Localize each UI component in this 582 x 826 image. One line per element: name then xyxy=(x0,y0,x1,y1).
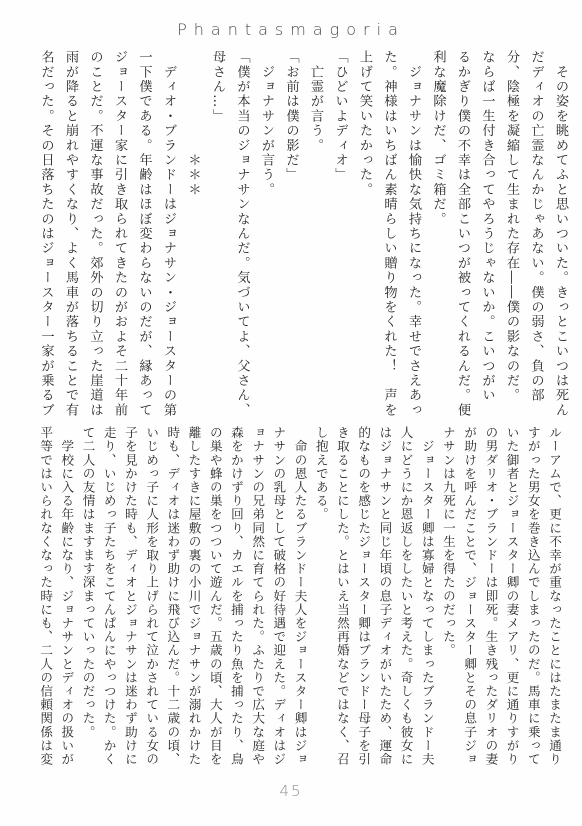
text-column: き取ることにした。とはいえ当然再婚などではなく、召 xyxy=(332,426,353,774)
text-column: 平等ではいられなくなった時にも、二人の信頼関係は変 xyxy=(35,426,56,774)
text-column: た。神様はいちばん素晴らしい贈り物をくれた！ 声を xyxy=(376,50,401,426)
text-column: 上げて笑いたかった。 xyxy=(352,50,377,426)
text-column: て二人の友情はますます深まっていったのだった。 xyxy=(77,426,98,774)
text-column: 利な魔除けだ、ゴミ箱だ。 xyxy=(425,50,450,426)
text-block-bottom: ルーアムで、更に不幸が重なったことにはたまたま通りすがった男女を巻き込んでしまっ… xyxy=(35,426,565,774)
text-column: ナサンは九死に一生を得たのだった。 xyxy=(438,426,459,774)
text-column: いた御者とジョースター卿の妻メアリ、更に通りすがり xyxy=(501,426,522,774)
text-column: だディオの亡霊なんかじゃあない。僕の弱さ、負の部 xyxy=(523,50,548,426)
text-column: 人にどうにか恩返しをしたいと考えた。奇しくも彼女に xyxy=(395,426,416,774)
text-column: ジョースター卿は寡婦となってしまったブランドー夫 xyxy=(417,426,438,774)
text-column: 森をかけずり回り、カエルを捕ったり魚を捕ったり、鳥 xyxy=(226,426,247,774)
text-column: はジョナサンと同じ年頃の息子ディオがいたため、運命 xyxy=(374,426,395,774)
text-block-top: その姿を眺めてふと思いついた。きっとこいつは死んだディオの亡霊なんかじゃあない。… xyxy=(33,50,572,426)
page-number: 45 xyxy=(0,782,582,800)
text-column: 走り、いじめっ子たちをこてんぱんにやっつけた。かく xyxy=(99,426,120,774)
text-column: 命の恩人たるブランドー夫人をジョースター卿はジョ xyxy=(289,426,310,774)
text-column: し抱えである。 xyxy=(311,426,332,774)
text-column: ジョナサンは愉快な気持ちになった。幸せでさえあっ xyxy=(401,50,426,426)
text-column: るかぎり僕の不幸は全部こいつが被ってくれるんだ。便 xyxy=(450,50,475,426)
text-column: の男ダリオ・ブランドーは即死。生き残ったダリオの妻 xyxy=(480,426,501,774)
text-column: 名だった。その日落ちたのはジョースター一家が乗るブ xyxy=(33,50,58,426)
text-column: すがった男女を巻き込んでしまったのだ。馬車に乗って xyxy=(523,426,544,774)
text-column: 離したすきに屋敷の裏の小川でジョナサンが溺れかけた xyxy=(183,426,204,774)
text-column: 母さん…」 xyxy=(205,50,230,426)
text-column: ョナサンの兄弟同然に育てられた。ふたりで広大な庭や xyxy=(247,426,268,774)
text-column: ディオ・ブランドーはジョナサン・ジョースターの第 xyxy=(156,50,181,426)
text-column: ルーアムで、更に不幸が重なったことにはたまたま通り xyxy=(544,426,565,774)
text-column: のことだ。不運な事故だった。郊外の切り立った崖道は xyxy=(82,50,107,426)
text-column: 学校に入る年齢になり、ジョナサンとディオの扱いが xyxy=(56,426,77,774)
text-column: 亡霊が言う。 xyxy=(303,50,328,426)
text-column: ジョースター家に引き取られてきたのがおよそ二十年前 xyxy=(107,50,132,426)
text-column: 分、陰極を凝縮して生まれた存在――僕の影なのだ。 xyxy=(499,50,524,426)
text-column: 子を見かけた時も、ディオとジョナサンは迷わず助けに xyxy=(120,426,141,774)
text-column: その姿を眺めてふと思いついた。きっとこいつは死ん xyxy=(548,50,573,426)
page-title: Phantasmagoria xyxy=(0,20,582,39)
text-column: ＊＊＊ xyxy=(180,50,205,426)
text-column: ジョナサンが言う。 xyxy=(254,50,279,426)
text-column: 雨が降ると崩れやすくなり、よく馬車が落ちることで有 xyxy=(58,50,83,426)
text-column: 的なものを感じたジョースター卿はブランドー母子を引 xyxy=(353,426,374,774)
text-column: ナサンの乳母として破格の好待遇で迎えた。ディオはジ xyxy=(268,426,289,774)
text-column: ならば一生付き合ってやろうじゃないか。こいつがい xyxy=(474,50,499,426)
text-column: 「ひどいよディオ」 xyxy=(327,50,352,426)
text-column: の巣や蜂の巣をつついて遊んだ。五歳の頃、大人が目を xyxy=(205,426,226,774)
book-page: Phantasmagoria その姿を眺めてふと思いついた。きっとこいつは死んだ… xyxy=(0,0,582,826)
text-column: が助けを呼んだことで、ジョースター卿とその息子ジョ xyxy=(459,426,480,774)
text-column: いじめっ子に人形を取り上げられて泣かされている女の xyxy=(141,426,162,774)
text-column: 「お前は僕の影だ」 xyxy=(278,50,303,426)
text-column: 「僕が本当のジョナサンなんだ。気づいてよ、父さん、 xyxy=(229,50,254,426)
text-column: 一下僕である。年齢はほぼ変わらないのだが、縁あって xyxy=(131,50,156,426)
text-column: 時も、ディオは迷わず助けに飛び込んだ。十二歳の頃、 xyxy=(162,426,183,774)
